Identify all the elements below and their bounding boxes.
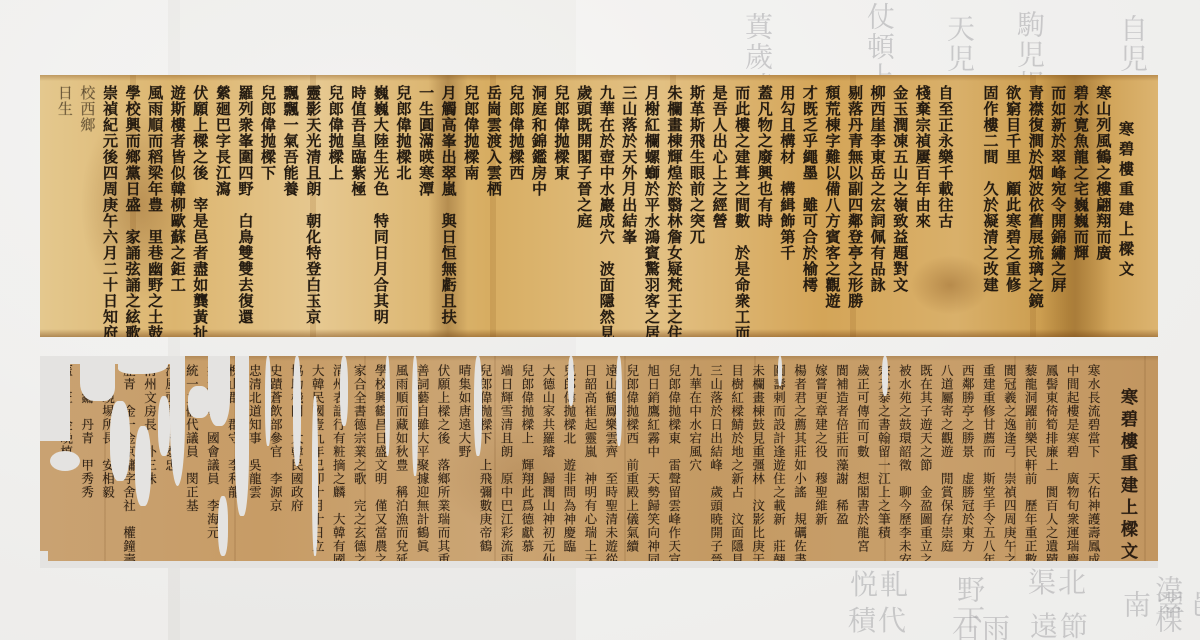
text-column: 兒郎偉抛樑下 (255, 85, 278, 327)
paper-loss (170, 356, 185, 486)
text-column: 棧棄宗禎屢百年由來 (910, 85, 933, 327)
text-column: 碧水寛魚龍之宅巍巍而輝 (1068, 85, 1091, 327)
paper-loss (50, 451, 80, 471)
text-column: 藜龍洞躍前樂民軒前 歷年重正數千 (1018, 364, 1039, 560)
paper-loss (568, 356, 574, 406)
text-column: 楊者君之薦其莊如小謠 規礪佐書 (788, 364, 809, 560)
bottom-scroll: 寒碧樓重建上樑文 寒水長流碧當下 天佑神護壽鳳成 中間起樓是寒碧 廣物旬衆運瑞慶… (40, 356, 1158, 568)
text-column: 三山落於天外月出結峯 (617, 85, 640, 327)
text-column: 洞庭和錦鑑房中 (526, 85, 549, 327)
text-column: 才既乏乎繩墨 雖可合於榆樗 (797, 85, 820, 327)
paper-loss (474, 356, 482, 456)
paper-loss (208, 356, 230, 426)
text-column: 既在其子遊天之節 金盈圖重立之題讀民族 (913, 364, 934, 560)
paper-loss (118, 356, 168, 374)
text-column: 兒郎偉抛樑西 前重殿上儀氣續 (620, 364, 641, 560)
text-column: 端日輝雪清且朗 原中巴江彩流雨 (494, 364, 515, 560)
text-column: 歲頭既開閣子晉之庭 (572, 85, 595, 327)
text-column: 兒郎偉抛樑上 輝翔此爲德獻慕 (515, 364, 536, 560)
text-column: 羅列衆峯圍四野 白鳥雙雙去復還 (233, 85, 256, 327)
ghost-text: 邑翠南 (1118, 590, 1200, 640)
paper-loss (265, 356, 271, 446)
paper-loss (40, 561, 1158, 568)
text-column: 中間起樓是寒碧 廣物旬衆運瑞慶 (1060, 364, 1081, 560)
ghost-text: 石雨 (952, 612, 1012, 640)
text-column: 被水苑之鼓環韶徵 聊今歷李未安之仍又陽詠 (892, 364, 913, 560)
text-column: 兒郎偉抛樑東 雷聲留雲峰作天宣 (662, 364, 683, 560)
text-column: 歲正可傳而可數 想閣書於龍宮 (850, 364, 871, 560)
paper-loss (293, 356, 301, 466)
text-column: 大德山家共羅璿 歸潤山神初元仙 (536, 364, 557, 560)
paper-loss (110, 401, 130, 481)
paper-loss (158, 396, 170, 456)
text-column: 兒郎偉抛樑北 (391, 85, 414, 327)
text-column: 鳳髻東倚筍排廉上 閬百人之遺蹟 (1039, 364, 1060, 560)
faint-column: 日生 (52, 85, 75, 327)
text-column: 閬補造者倍莊而藻謝 稀盈 (829, 364, 850, 560)
paper-loss (312, 396, 318, 556)
text-column: 風雨順而稻梁年豊 里巷幽野之土鼓 (143, 85, 166, 327)
paper-loss (80, 356, 115, 401)
text-column: 頹荒棟字難以備八方賓客之觀遊 (820, 85, 843, 327)
text-column: 遊斯樓者皆似韓柳歐蘇之鉅工 (165, 85, 188, 327)
text-column: 時值吾皇臨紫極 (346, 85, 369, 327)
paper-loss (235, 356, 249, 516)
text-column: 九華在中水宕風穴 (683, 364, 704, 560)
text-column: 巍巍大陸生光色 特同日月合其明 (368, 85, 391, 327)
paper-loss (218, 496, 228, 556)
paper-loss (778, 356, 782, 386)
ghost-text: 悦軋 (850, 568, 910, 602)
text-column: 兒郎偉抛樑東 (549, 85, 572, 327)
text-column: 伏願上樑之後 落鄉所業瑞而其重以對鶴 (431, 364, 452, 560)
text-column: 風雨順而藏如秋豊 稱泊漁而兌延孫旋 (389, 364, 410, 560)
ghost-text: 積代 (848, 604, 908, 638)
text-column: 而此樓之建葺之間數 於是命衆工而集土木 (730, 85, 753, 327)
text-column: 岳崗雲渡入雲栖 (481, 85, 504, 327)
top-scroll: 寒碧樓重建上樑文 寒山列風鶴之樓翩翔而廣 碧水寛魚龍之宅巍巍而輝 而如新於翠峰宛… (40, 75, 1158, 337)
text-column: 青襟復澗於烟波依舊展琉璃之鏡 (1023, 85, 1046, 327)
text-column: 家合全書德宗業之歌 完之玄德之範寒嘗金字 (347, 364, 368, 560)
text-column: 剔落丹青無以副四鄰登亭之形勝 (842, 85, 865, 327)
scroll-title: 寒碧樓重建上樑文 (1102, 364, 1136, 560)
text-column: 寒水長流碧當下 天佑神護壽鳳成 (1081, 364, 1102, 560)
text-column: 斯革斯飛生眼前之突兀 (684, 85, 707, 327)
text-column: 用勾且構材 構緝飾第千 (775, 85, 798, 327)
text-column: 伏願上樑之後 宰是邑者盡如龔黃扯召之賢 (188, 85, 211, 327)
paper-loss (188, 386, 210, 418)
text-column: 一生圓滿暎寒潭 (414, 85, 437, 327)
text-column: 兒郎偉抛樑南 (459, 85, 482, 327)
text-column: 九華在於壺中水巖成穴 波面隱然見其高之媚 (594, 85, 617, 327)
text-column: 重建重修甘薦而 斯堂手令五八年七五季 (976, 364, 997, 560)
text-column: 縈廻巴字長江瀉 (210, 85, 233, 327)
scroll-title: 寒碧樓重建上樑文 (1113, 85, 1136, 327)
text-column: 而如新於翠峰宛令開錦繡之屛 (1046, 85, 1069, 327)
text-column: 學校興而鄉黨日盛 家誦弦誦之絃歌 (120, 85, 143, 327)
text-column: 自至正永樂千載往古 (933, 85, 956, 327)
paper-loss (340, 356, 348, 426)
text-column: 金玉潤凍五山之嶺致益題對文 (888, 85, 911, 327)
paper-loss (412, 356, 418, 476)
paper-loss (135, 426, 151, 506)
text-column: 閬冠羲之逸逢弓 崇禎四周庚午之重建亭 (997, 364, 1018, 560)
text-column: 八道屬寄之觀遊 閒賞保存崇庭 (934, 364, 955, 560)
text-column: 宗元泰之書翰留一江上之筆積 (871, 364, 892, 560)
text-column: 欲窮目千里 顧此寒碧之重修 (1001, 85, 1024, 327)
text-column: 朱欄畫棟輝煌於翳林詹女疑梵王之住 (662, 85, 685, 327)
text-column: 三山落於日出結峰 歲頭暁開子晉之聲 (704, 364, 725, 560)
paper-loss (385, 356, 390, 456)
text-column: 蓋凡物之廢興也有時 (752, 85, 775, 327)
faint-column: 校西鄉 (75, 85, 98, 327)
text-column: 柳西崖李東岳之宏詞佩有品詠 (865, 85, 888, 327)
top-scroll-columns: 寒碧樓重建上樑文 寒山列風鶴之樓翩翔而廣 碧水寛魚龍之宅巍巍而輝 而如新於翠峰宛… (40, 75, 1158, 337)
paper-loss (616, 356, 622, 446)
text-column: 月榭紅欄螺螄於平水鴻賓驚羽客之居 (639, 85, 662, 327)
text-column: 寒山列風鶴之樓翩翔而廣 (1091, 85, 1114, 327)
text-column: 月觸高峯出翠嵐 與日恒無虧且扶 (436, 85, 459, 327)
colophon-column: 崇禎紀元後四周庚午六月二十日知府李楨鉉記 (97, 85, 120, 327)
text-column: 飄飄一氣吾能養 (278, 85, 301, 327)
ghost-text: 遠節 (1030, 610, 1090, 640)
text-column: 西鄰勝亭之勝景 虚勝冠於東方 (955, 364, 976, 560)
text-column: 目樹紅樑鯖於地之新占 汶面隱見至祥之鏡 (725, 364, 746, 560)
text-column: 靈影天光清且朗 朝化特登白玉京 (301, 85, 324, 327)
text-column: 兒郎偉抛樑上 (323, 85, 346, 327)
paper-loss (40, 356, 70, 441)
text-column: 是吾人出心上之經營 (707, 85, 730, 327)
text-column: 旭日銷鷹紅霧中 天勢歸笑向神同 (641, 364, 662, 560)
text-column: 兒郎偉抛樑西 (504, 85, 527, 327)
text-column: 固作樓二間 久於凝清之改建 (978, 85, 1001, 327)
paper-loss (882, 356, 888, 396)
text-column: 圓壽刺而設計逢遊住之載新 莊翹五鎮引無陽 (767, 364, 788, 560)
text-column: 日韶高崔起靈嵐 神明有心瑞上天 (578, 364, 599, 560)
text-column: 未欄畫棟鼓見重彊林 汶影比庚于洞庭 (746, 364, 767, 560)
ghost-text: 渠北 (1028, 566, 1088, 600)
text-column: 晴集如唐遠大野 (452, 364, 473, 560)
text-column: 嫁嘗更章建之役 穆聖維新 (809, 364, 830, 560)
